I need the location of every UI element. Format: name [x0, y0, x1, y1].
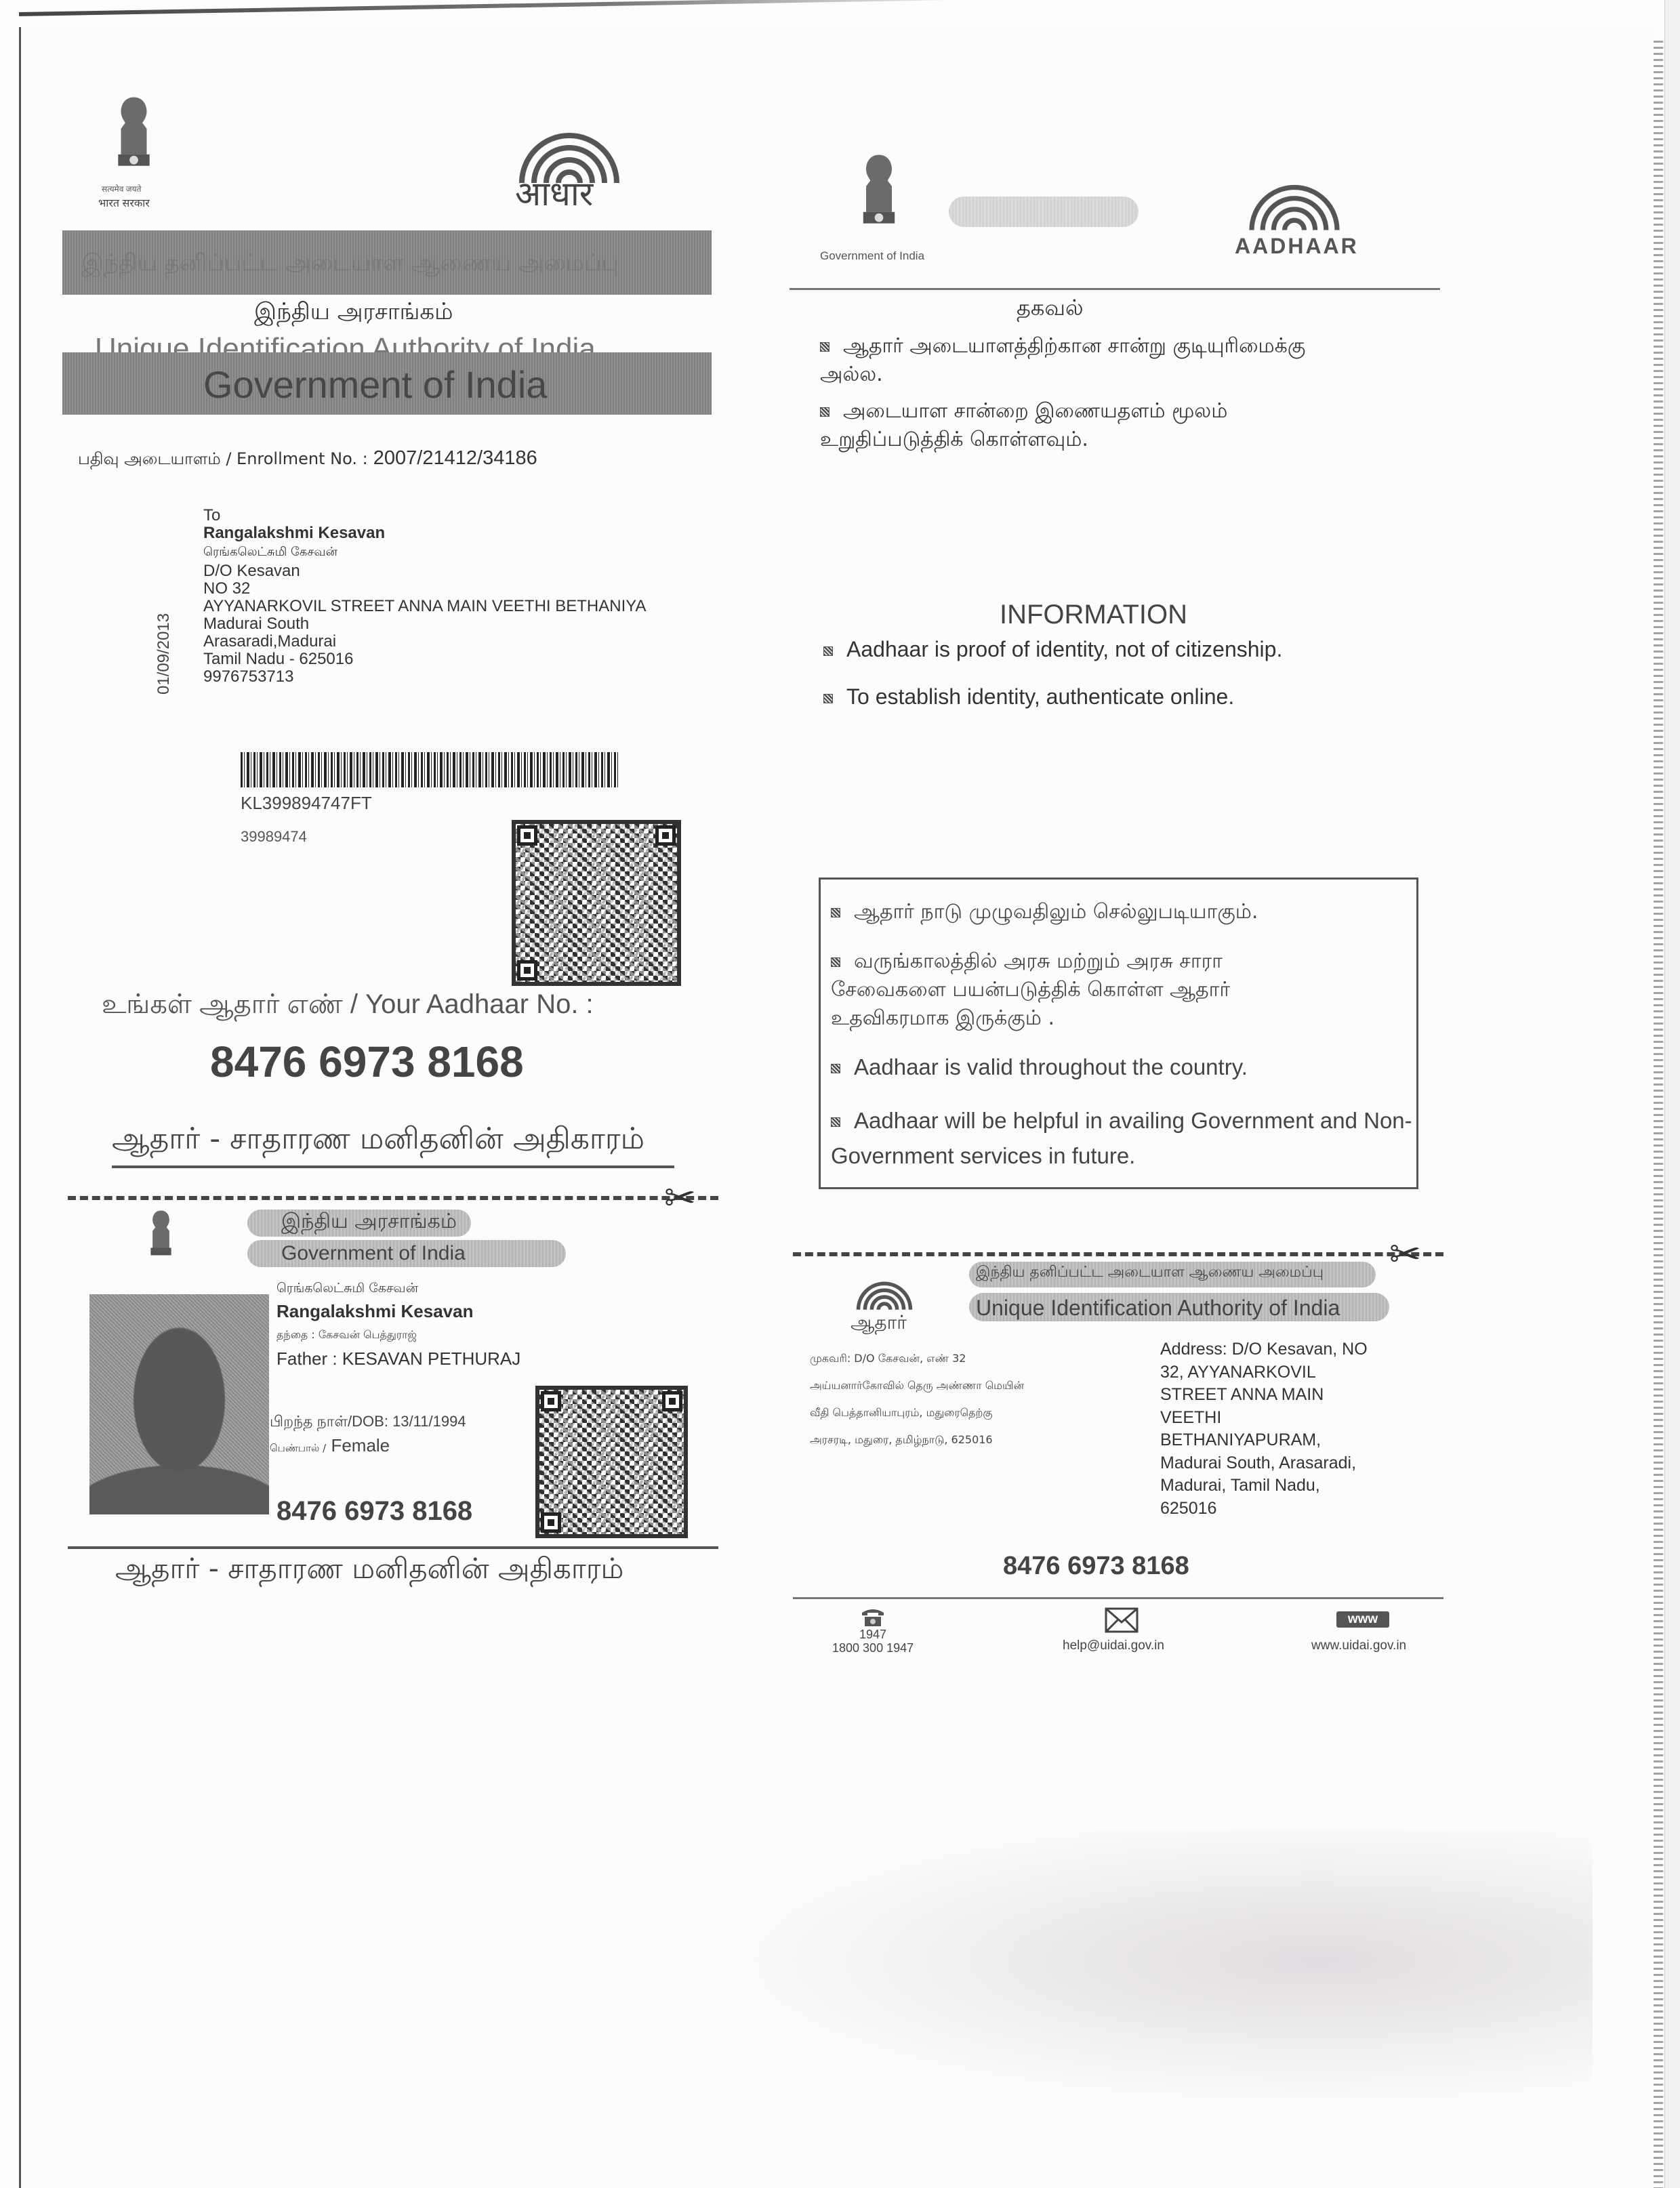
cut-line-left — [68, 1196, 718, 1200]
recipient-address: To Rangalakshmi Kesavan ரெங்கலெட்சுமி கே… — [203, 507, 647, 686]
bullet-icon — [820, 342, 829, 352]
phone-short: 1947 — [859, 1628, 886, 1642]
bullet-icon — [820, 407, 829, 417]
aadhaar-fingerprint-logo-icon — [1233, 163, 1355, 230]
info-header-rule — [790, 288, 1440, 290]
aadhaar-fingerprint-logo-icon — [847, 1267, 922, 1311]
paper-edge-top — [19, 0, 1002, 16]
aadhaar-number-label: உங்கள் ஆதார் எண் / Your Aadhaar No. : — [102, 989, 594, 1023]
national-emblem-icon — [105, 91, 163, 183]
back-address-tamil: முகவரி: D/O கேசவன், எண் 32 அய்யனார்கோவில… — [810, 1345, 1024, 1453]
info-emblem-caption: Government of India — [820, 249, 924, 263]
card-name-tamil: ரெங்கலெட்சுமி கேசவன் — [276, 1281, 418, 1298]
gov-india-title: Government of India — [203, 363, 547, 407]
gov-india-tamil: இந்திய அரசாங்கம் — [254, 298, 453, 328]
scanner-gutter — [1664, 0, 1680, 2188]
info-point: அடையாள சான்றை இணையதளம் மூலம் உறுதிப்படுத… — [820, 397, 1308, 454]
info-box-point: Aadhaar is valid throughout the country. — [831, 1054, 1248, 1080]
mail-icon — [1105, 1607, 1139, 1633]
phone-number: 9976753713 — [203, 668, 647, 686]
help-email[interactable]: help@uidai.gov.in — [1063, 1638, 1164, 1653]
qr-code-card — [535, 1386, 688, 1538]
barcode-text: KL399894747FT — [241, 793, 372, 814]
enrollment-row: பதிவு அடையாளம் / Enrollment No. : 2007/2… — [78, 447, 537, 470]
info-point: To establish identity, authenticate onli… — [823, 684, 1234, 709]
address-line: NO 32 — [203, 580, 647, 598]
info-title: INFORMATION — [1000, 600, 1187, 630]
bullet-icon — [823, 694, 833, 703]
back-logo-text: ஆதார் — [851, 1311, 907, 1336]
aadhaar-logo-text: आधार — [515, 169, 593, 215]
card-gender: Female — [331, 1435, 390, 1456]
validity-info-box: ஆதார் நாடு முழுவதிலும் செல்லுபடியாகும். … — [819, 878, 1418, 1189]
recipient-name-tamil: ரெங்கலெட்சுமி கேசவன் — [203, 542, 647, 562]
info-box-point: Aadhaar will be helpful in availing Gove… — [831, 1103, 1414, 1174]
address-line: AYYANARKOVIL STREET ANNA MAIN VEETHI BET… — [203, 598, 647, 615]
card-gender-row: பெண்பால் / Female — [270, 1435, 390, 1456]
phone-tollfree: 1800 300 1947 — [832, 1641, 914, 1655]
back-org-tamil: இந்திய தனிப்பட்ட அடையாள ஆணைய அமைப்பு — [976, 1264, 1324, 1283]
bullet-icon — [831, 1117, 840, 1127]
gender-label: பெண்பால் / — [270, 1442, 326, 1454]
cut-line-right — [793, 1252, 1443, 1256]
aadhaar-number-letter: 8476 6973 8168 — [210, 1037, 524, 1087]
scissors-icon: ✂ — [1389, 1232, 1421, 1277]
qr-code-letter — [512, 820, 681, 986]
national-emblem-icon — [848, 149, 909, 241]
info-box-point: ஆதார் நாடு முழுவதிலும் செல்லுபடியாகும். — [831, 900, 1258, 926]
bullet-icon — [831, 957, 840, 967]
barcode-subtext: 39989474 — [241, 828, 307, 846]
back-address-en: Address: D/O Kesavan, NO 32, AYYANARKOVI… — [1160, 1338, 1368, 1520]
card-name: Rangalakshmi Kesavan — [276, 1301, 473, 1322]
paper-edge-right — [1654, 41, 1663, 2188]
holder-photo — [89, 1294, 269, 1514]
address-line: Madurai South — [203, 615, 647, 633]
info-point: ஆதார் அடையாளத்திற்கான சான்று குடியுரிமைக… — [820, 332, 1308, 389]
header-band-text: இந்திய தனிப்பட்ட அடையாள ஆணைய அமைப்பு — [81, 249, 619, 279]
address-line: Tamil Nadu - 625016 — [203, 651, 647, 668]
aadhaar-logo-text: AADHAAR — [1235, 234, 1359, 259]
globe-www-icon: www — [1336, 1611, 1389, 1628]
card-father-tamil: தந்தை : கேசவன் பெத்துராஜ் — [276, 1328, 417, 1342]
toner-smudge — [678, 1830, 1593, 2121]
tagline-letter: ஆதார் - சாதாரண மனிதனின் அதிகாரம் — [112, 1121, 644, 1160]
card-aadhaar-number: 8476 6973 8168 — [276, 1496, 472, 1527]
card-father: Father : KESAVAN PETHURAJ — [276, 1348, 520, 1369]
faded-header-band — [949, 197, 1139, 227]
card-gov-en: Government of India — [281, 1242, 466, 1265]
bullet-icon — [823, 646, 833, 656]
address-line: D/O Kesavan — [203, 562, 647, 580]
enrollment-number: 2007/21412/34186 — [373, 447, 537, 469]
bullet-icon — [831, 908, 840, 917]
national-emblem-icon — [142, 1206, 180, 1267]
enrollment-label: பதிவு அடையாளம் / Enrollment No. : — [78, 449, 368, 468]
card-gov-tamil: இந்திய அரசாங்கம் — [281, 1210, 457, 1236]
tagline-card: ஆதார் - சாதாரண மனிதனின் அதிகாரம் — [115, 1552, 623, 1589]
tagline-underline — [112, 1165, 674, 1168]
recipient-name: Rangalakshmi Kesavan — [203, 524, 647, 542]
bullet-icon — [831, 1064, 840, 1073]
emblem-motto: सत्यमेव जयते — [102, 183, 141, 194]
card-dob: பிறந்த நாள்/DOB: 13/11/1994 — [270, 1413, 466, 1432]
website-link[interactable]: www.uidai.gov.in — [1311, 1638, 1406, 1653]
info-title-tamil: தகவல் — [1017, 295, 1084, 323]
back-footer-rule — [793, 1597, 1443, 1599]
scissors-icon: ✂ — [664, 1176, 696, 1220]
card-bottom-rule — [68, 1546, 718, 1549]
emblem-caption: भारत सरकार — [98, 195, 150, 210]
address-line: Arasaradi,Madurai — [203, 633, 647, 651]
back-aadhaar-number: 8476 6973 8168 — [1003, 1552, 1189, 1581]
back-org-en: Unique Identification Authority of India — [976, 1296, 1340, 1321]
info-points-tamil: ஆதார் அடையாளத்திற்கான சான்று குடியுரிமைக… — [820, 332, 1430, 454]
address-to: To — [203, 507, 647, 524]
print-date: 01/09/2013 — [155, 613, 173, 695]
info-point: Aadhaar is proof of identity, not of cit… — [823, 637, 1282, 662]
info-box-point: வருங்காலத்தில் அரசு மற்றும் அரசு சாரா சே… — [831, 947, 1305, 1033]
postal-barcode — [241, 752, 620, 787]
telephone-icon — [859, 1606, 886, 1628]
